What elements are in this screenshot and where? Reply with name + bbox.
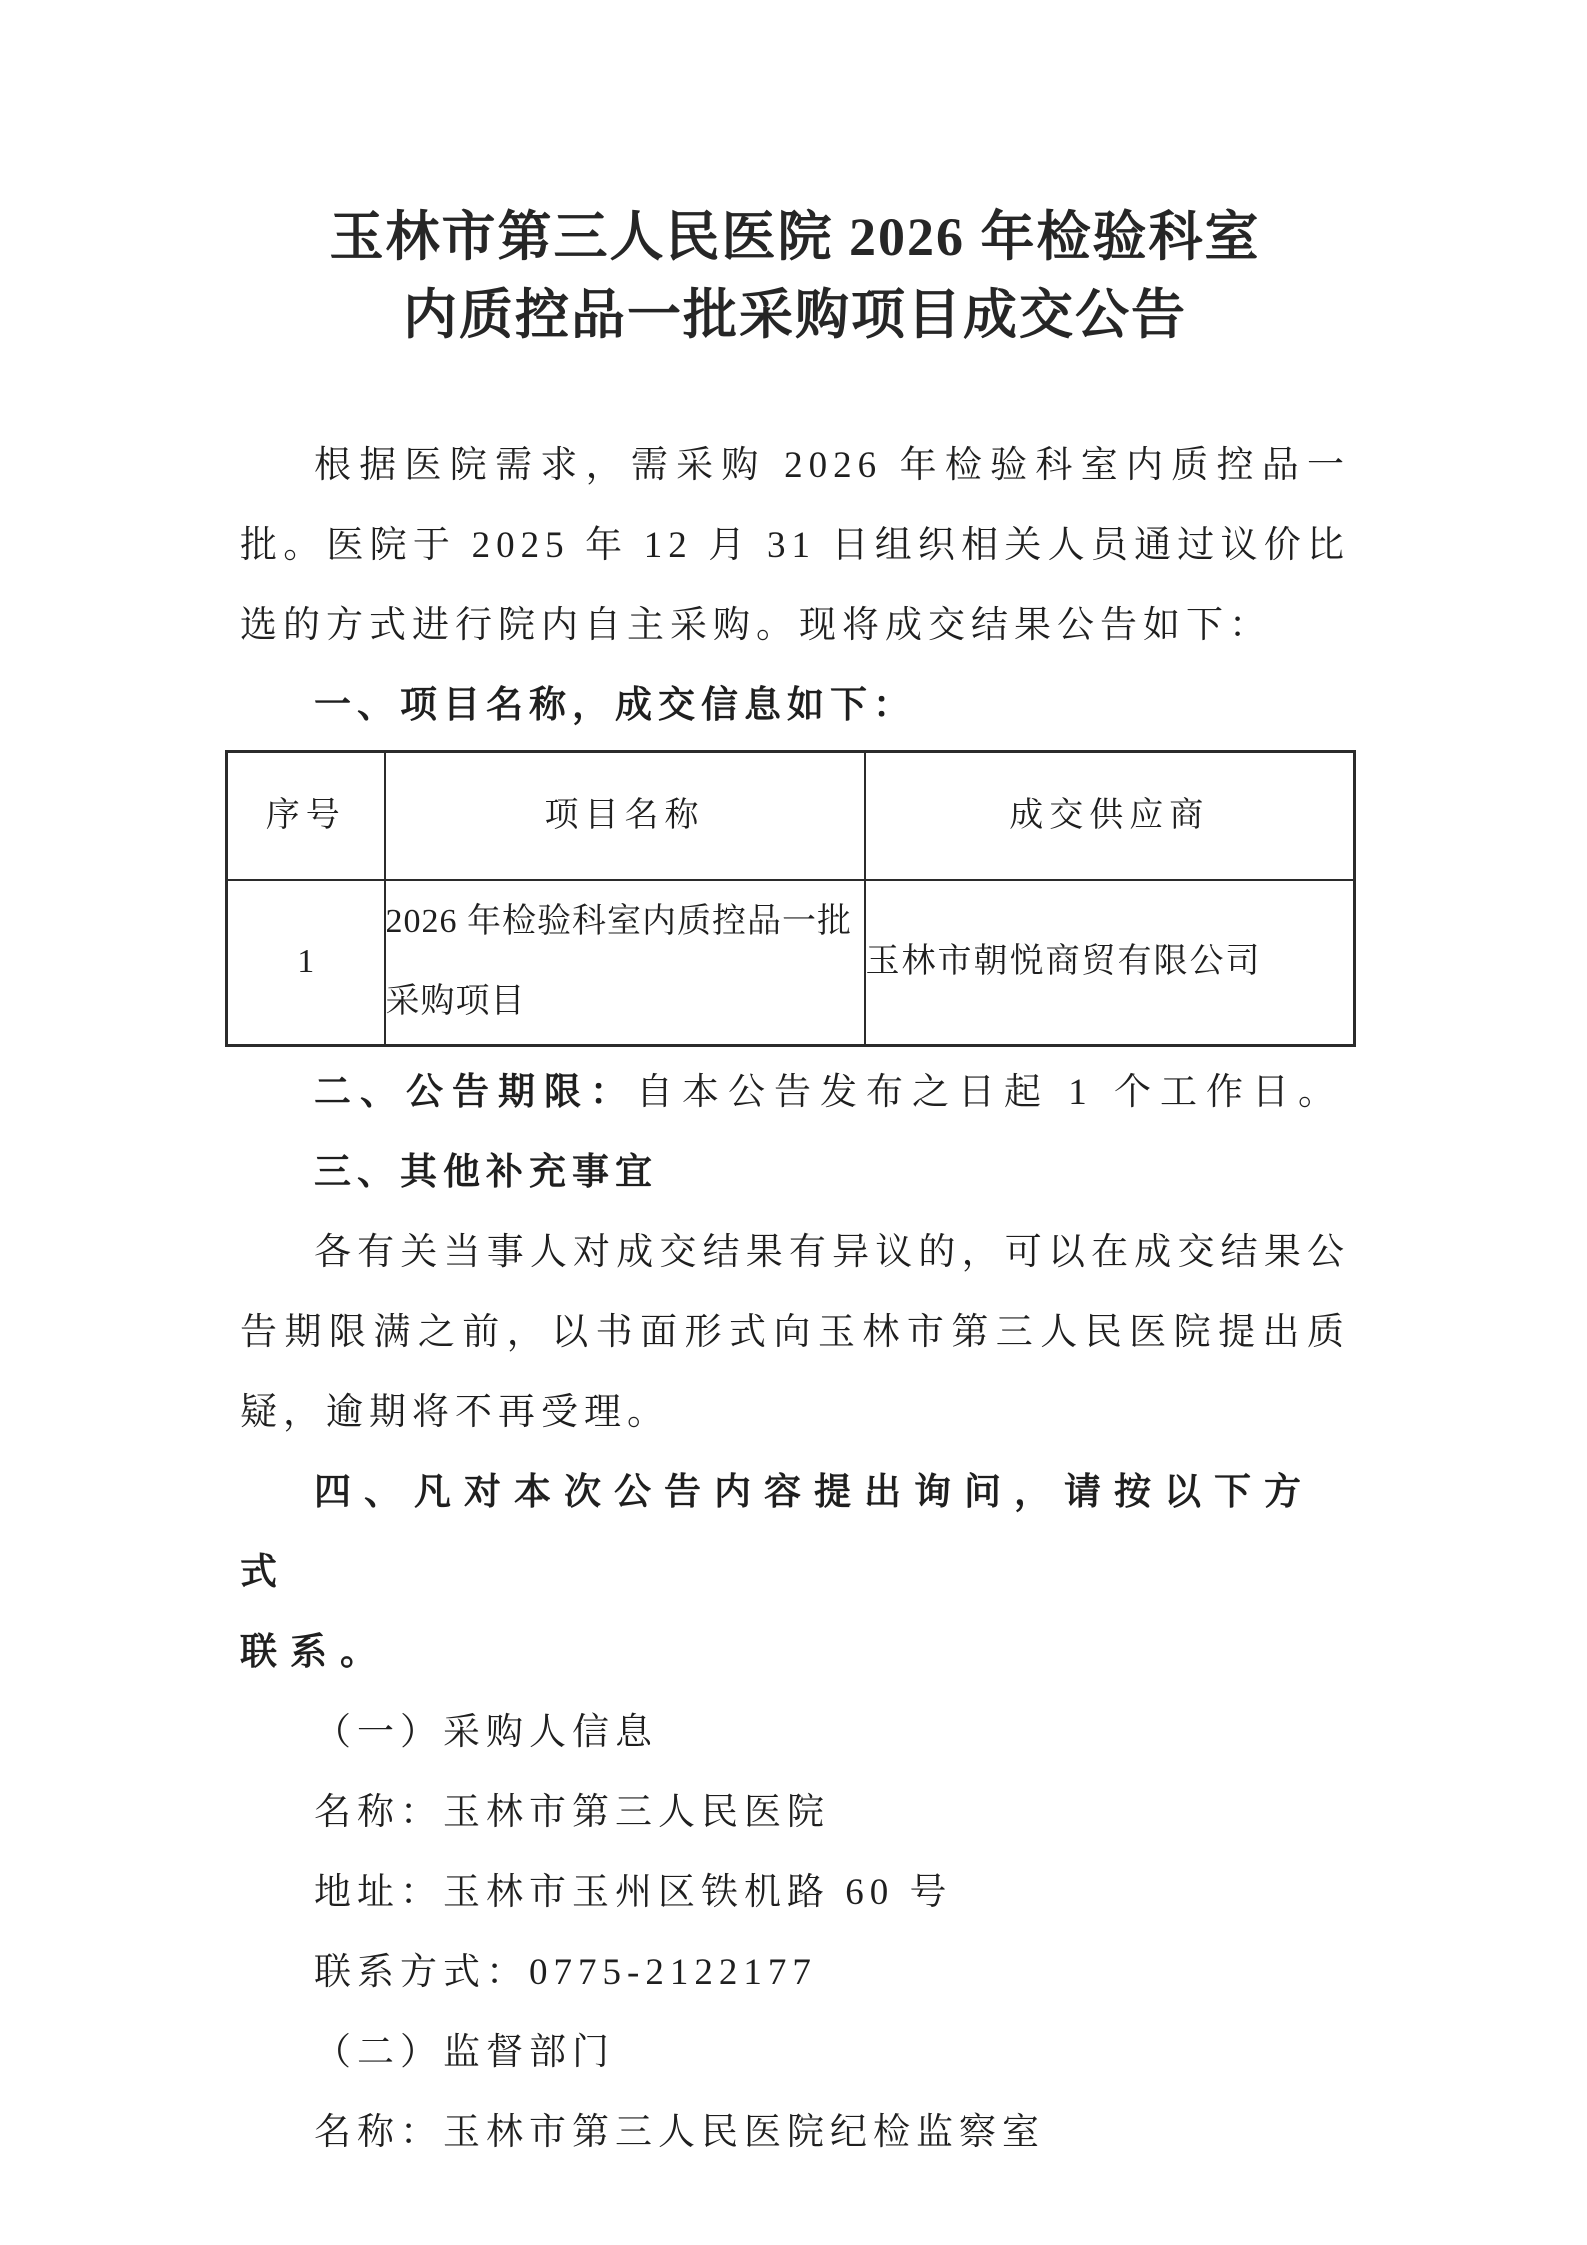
section2-text: 自本公告发布之日起 1 个工作日。 xyxy=(636,1072,1344,1113)
cell-serial-number: 1 xyxy=(227,880,385,1046)
supervisor-heading: （二）监督部门 xyxy=(240,2013,1350,2093)
purchaser-contact: 联系方式：0775-2122177 xyxy=(240,1933,1350,2013)
cell-project-name: 2026 年检验科室内质控品一批 采购项目 xyxy=(385,880,865,1046)
col-header-no: 序号 xyxy=(227,752,385,880)
section3-paragraph: 各有关当事人对成交结果有异议的，可以在成交结果公告期限满之前，以书面形式向玉林市… xyxy=(240,1213,1350,1453)
section2-label: 二、公告期限： xyxy=(314,1072,636,1113)
col-header-project: 项目名称 xyxy=(385,752,865,880)
document-body: 根据医院需求，需采购 2026 年检验科室内质控品一批。医院于 2025 年 1… xyxy=(240,426,1350,2173)
announcement-page: 玉林市第三人民医院 2026 年检验科室 内质控品一批采购项目成交公告 根据医院… xyxy=(0,0,1587,2245)
intro-paragraph: 根据医院需求，需采购 2026 年检验科室内质控品一批。医院于 2025 年 1… xyxy=(240,426,1350,666)
section1-heading: 一、项目名称，成交信息如下： xyxy=(240,666,1350,746)
page-title-line-2: 内质控品一批采购项目成交公告 xyxy=(240,276,1350,354)
cell-supplier-name: 玉林市朝悦商贸有限公司 xyxy=(865,880,1355,1046)
purchaser-heading: （一）采购人信息 xyxy=(240,1693,1350,1773)
col-header-supplier: 成交供应商 xyxy=(865,752,1355,880)
section4-heading: 四、凡对本次公告内容提出询问，请按以下方式 联系。 xyxy=(240,1453,1350,1693)
award-table: 序号 项目名称 成交供应商 1 2026 年检验科室内质控品一批 采购项目 玉林… xyxy=(225,750,1356,1047)
purchaser-name: 名称：玉林市第三人民医院 xyxy=(240,1773,1350,1853)
supervisor-name: 名称：玉林市第三人民医院纪检监察室 xyxy=(240,2093,1350,2173)
section2-line: 二、公告期限：自本公告发布之日起 1 个工作日。 xyxy=(240,1053,1350,1133)
table-row: 1 2026 年检验科室内质控品一批 采购项目 玉林市朝悦商贸有限公司 xyxy=(227,880,1355,1046)
table-header-row: 序号 项目名称 成交供应商 xyxy=(227,752,1355,880)
page-title: 玉林市第三人民医院 2026 年检验科室 内质控品一批采购项目成交公告 xyxy=(240,198,1350,354)
purchaser-address: 地址：玉林市玉州区铁机路 60 号 xyxy=(240,1853,1350,1933)
page-title-line-1: 玉林市第三人民医院 2026 年检验科室 xyxy=(240,198,1350,276)
section3-heading: 三、其他补充事宜 xyxy=(240,1133,1350,1213)
